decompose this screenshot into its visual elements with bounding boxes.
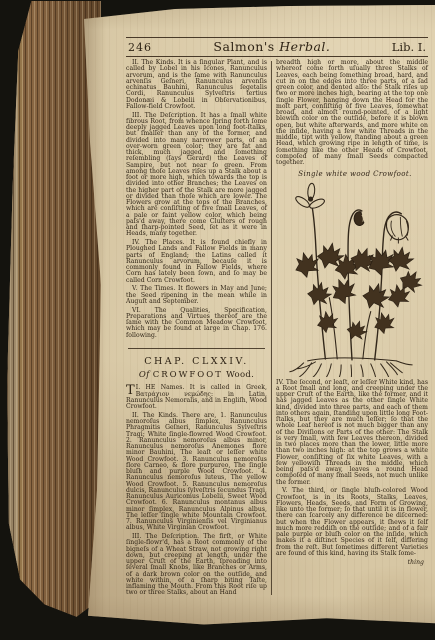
- volume-label: Lib. I.: [392, 40, 426, 54]
- paragraph-times: V. The Times. It flowers in May and June…: [126, 286, 267, 305]
- page-edge-grain: [7, 1, 101, 623]
- plant-roots: [290, 357, 412, 376]
- paragraph-second-kind: IV. The ſecond, or leaſt, or leſſer Whit…: [276, 380, 428, 486]
- book-page: 246 Salmon's Herbal. Lib. I. II. The Kin…: [74, 5, 435, 627]
- catchword: thing: [276, 560, 428, 566]
- running-title-work: Herbal.: [279, 39, 330, 54]
- book-photo: 246 Salmon's Herbal. Lib. I. II. The Kin…: [0, 0, 435, 640]
- column-divider-rule: [271, 61, 272, 595]
- chapter-subheading-main: CROWFOOT: [153, 370, 223, 380]
- chapter-heading: CHAP. CLXXIV.: [126, 359, 267, 365]
- section-divider-rule: [128, 348, 265, 349]
- paragraph-places: IV. The Places. It is found chiefly in P…: [126, 240, 267, 284]
- book-fore-edge-pages: [7, 1, 101, 623]
- right-column: breadth high or more, about the middle w…: [276, 60, 428, 599]
- chapter-subheading: Of CROWFOOT Wood.: [126, 372, 267, 378]
- chapter-subheading-tail: Wood.: [226, 370, 254, 380]
- paragraph-qualities: VI. The Qualities, Specification, Prepar…: [126, 308, 267, 339]
- paragraph-third-kind: V. The third, or ſingle bluſh-colored Wo…: [276, 488, 428, 557]
- paragraph-kinds-2: II. The Kinds. There are, 1. Ranunculus …: [126, 413, 267, 532]
- paragraph-names: I. THE Names. It is called in Greek, Βατ…: [126, 385, 267, 410]
- header-rule-bottom: [126, 56, 428, 57]
- bell-flower: [386, 214, 408, 243]
- dropcap-letter: T: [126, 385, 136, 396]
- paragraph-kinds: II. The Kinds. It is a ſingular Plant, a…: [126, 60, 267, 110]
- open-flower: [294, 183, 325, 210]
- paragraph-continuation: breadth high or more, about the middle w…: [276, 60, 428, 166]
- running-title: Salmon's Herbal.: [213, 39, 330, 54]
- text-block: 246 Salmon's Herbal. Lib. I. II. The Kin…: [126, 37, 428, 599]
- running-title-name: Salmon's: [213, 39, 274, 54]
- page-number: 246: [128, 41, 152, 54]
- chapter-subheading-of: Of: [139, 370, 150, 380]
- plant-woodcut-illustration: [278, 179, 426, 377]
- botanical-figure: Single white wood Crowfoot.: [276, 171, 428, 376]
- paragraph-description-2: III. The Deſcription. The firſt, or Whit…: [126, 534, 267, 597]
- plant-leaves: [292, 240, 426, 342]
- flower-bud: [354, 211, 364, 225]
- names-rest: HE Names. It is called in Greek, Βατράχι…: [126, 384, 267, 410]
- page-header: 246 Salmon's Herbal. Lib. I.: [126, 38, 428, 56]
- left-column: II. The Kinds. It is a ſingular Plant, a…: [126, 60, 267, 599]
- figure-caption: Single white wood Crowfoot.: [282, 171, 428, 177]
- paragraph-description: III. The Deſcription. It has a ſmall whi…: [126, 113, 267, 238]
- two-column-layout: II. The Kinds. It is a ſingular Plant, a…: [126, 60, 428, 599]
